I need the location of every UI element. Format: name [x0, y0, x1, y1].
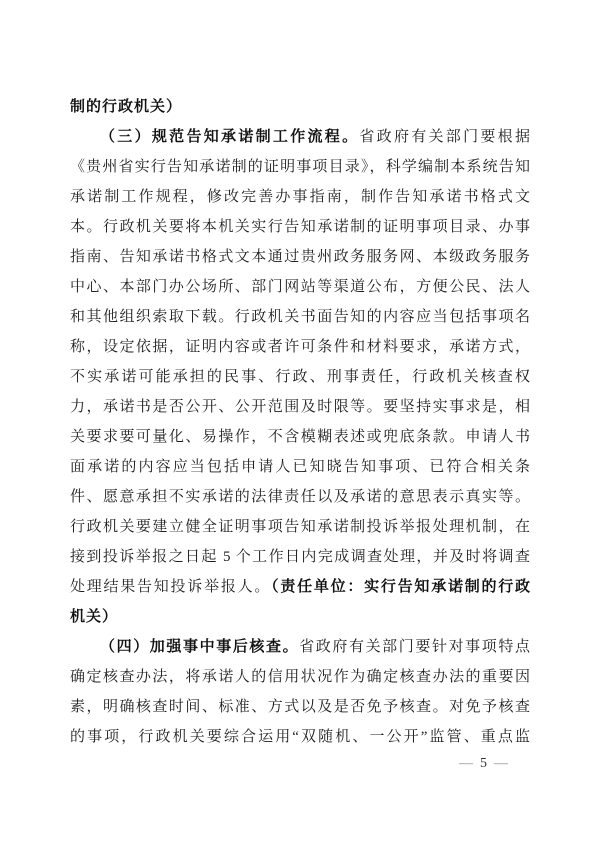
body-text: 件、愿意承担不实承诺的法律责任以及承诺的意思表示真实等。 — [70, 489, 530, 505]
text-line: （三）规范告知承诺制工作流程。省政府有关部门要根据 — [70, 122, 530, 152]
body-text: 接到投诉举报之日起 5 个工作日内完成调查处理，并及时将调查 — [70, 549, 530, 565]
text-line: 行政机关要建立健全证明事项告知承诺制投诉举报处理机制，在 — [70, 512, 530, 542]
body-text: 《贵州省实行告知承诺制的证明事项目录》，科学编制本系统告知 — [70, 159, 530, 175]
document-body: 制的行政机关）（三）规范告知承诺制工作流程。省政府有关部门要根据《贵州省实行告知… — [70, 92, 530, 752]
text-line: 接到投诉举报之日起 5 个工作日内完成调查处理，并及时将调查 — [70, 542, 530, 572]
body-text: 本。行政机关要将本机关实行告知承诺制的证明事项目录、办事 — [70, 219, 530, 235]
body-text: 承诺制工作规程，修改完善办事指南，制作告知承诺书格式文 — [70, 189, 530, 205]
emphasis-text: （四）加强事中事后核查。 — [100, 639, 299, 655]
body-text: 行政机关要建立健全证明事项告知承诺制投诉举报处理机制，在 — [70, 519, 530, 535]
text-line: 素，明确核查时间、标准、方式以及是否免予核查。对免予核查 — [70, 692, 530, 722]
body-text: 处理结果告知投诉举报人。 — [70, 579, 271, 595]
body-text: 关要求要可量化、易操作，不含模糊表述或兜底条款。申请人书 — [70, 429, 530, 445]
text-line: 承诺制工作规程，修改完善办事指南，制作告知承诺书格式文 — [70, 182, 530, 212]
body-text: 的事项，行政机关要综合运用“双随机、一公开”监管、重点监 — [70, 729, 530, 745]
text-line: 和其他组织索取下载。行政机关书面告知的内容应当包括事项名 — [70, 302, 530, 332]
emphasis-text: 制的行政机关） — [70, 99, 182, 115]
body-text: 称，设定依据，证明内容或者许可条件和材料要求，承诺方式， — [70, 339, 530, 355]
body-text: 中心、本部门办公场所、部门网站等渠道公布，方便公民、法人 — [70, 279, 530, 295]
body-text: 素，明确核查时间、标准、方式以及是否免予核查。对免予核查 — [70, 699, 530, 715]
text-line: 的事项，行政机关要综合运用“双随机、一公开”监管、重点监 — [70, 722, 530, 752]
body-text: 和其他组织索取下载。行政机关书面告知的内容应当包括事项名 — [70, 309, 530, 325]
text-line: 指南、告知承诺书格式文本通过贵州政务服务网、本级政务服务 — [70, 242, 530, 272]
text-line: 处理结果告知投诉举报人。（责任单位：实行告知承诺制的行政 — [70, 572, 530, 602]
text-line: 确定核查办法，将承诺人的信用状况作为确定核查办法的重要因 — [70, 662, 530, 692]
text-line: （四）加强事中事后核查。省政府有关部门要针对事项特点 — [70, 632, 530, 662]
page-number-value: 5 — [475, 756, 492, 771]
text-line: 称，设定依据，证明内容或者许可条件和材料要求，承诺方式， — [70, 332, 530, 362]
body-text: 不实承诺可能承担的民事、行政、刑事责任，行政机关核查权 — [70, 369, 530, 385]
body-text: 确定核查办法，将承诺人的信用状况作为确定核查办法的重要因 — [70, 669, 530, 685]
document-page: 制的行政机关）（三）规范告知承诺制工作流程。省政府有关部门要根据《贵州省实行告知… — [0, 0, 600, 849]
page-number-right-dash: — — [492, 756, 510, 771]
text-line: 机关） — [70, 602, 530, 632]
text-line: 《贵州省实行告知承诺制的证明事项目录》，科学编制本系统告知 — [70, 152, 530, 182]
text-line: 件、愿意承担不实承诺的法律责任以及承诺的意思表示真实等。 — [70, 482, 530, 512]
page-number: —5— — [457, 754, 510, 774]
body-text: 省政府有关部门要针对事项特点 — [299, 639, 530, 655]
body-text: 省政府有关部门要根据 — [359, 129, 530, 145]
body-text: 力，承诺书是否公开、公开范围及时限等。要坚持实事求是，相 — [70, 399, 530, 415]
text-line: 不实承诺可能承担的民事、行政、刑事责任，行政机关核查权 — [70, 362, 530, 392]
emphasis-text: 机关） — [70, 609, 118, 625]
emphasis-text: （责任单位：实行告知承诺制的行政 — [271, 579, 530, 595]
text-line: 力，承诺书是否公开、公开范围及时限等。要坚持实事求是，相 — [70, 392, 530, 422]
text-line: 制的行政机关） — [70, 92, 530, 122]
text-line: 面承诺的内容应当包括申请人已知晓告知事项、已符合相关条 — [70, 452, 530, 482]
text-line: 本。行政机关要将本机关实行告知承诺制的证明事项目录、办事 — [70, 212, 530, 242]
body-text: 指南、告知承诺书格式文本通过贵州政务服务网、本级政务服务 — [70, 249, 530, 265]
text-line: 中心、本部门办公场所、部门网站等渠道公布，方便公民、法人 — [70, 272, 530, 302]
emphasis-text: （三）规范告知承诺制工作流程。 — [100, 129, 359, 145]
page-number-left-dash: — — [457, 756, 475, 771]
body-text: 面承诺的内容应当包括申请人已知晓告知事项、已符合相关条 — [70, 459, 530, 475]
text-line: 关要求要可量化、易操作，不含模糊表述或兜底条款。申请人书 — [70, 422, 530, 452]
